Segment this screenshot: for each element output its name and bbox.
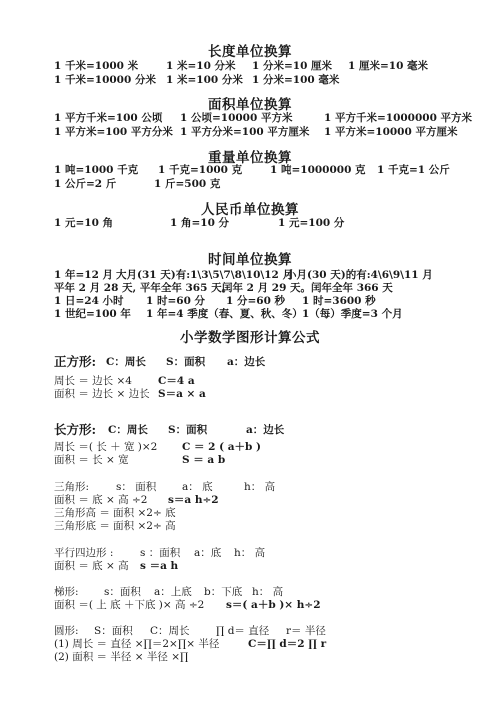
length-title: 长度单位换算	[0, 40, 500, 60]
conversion: 1 米=10 分米	[166, 59, 236, 73]
conversion: 1 时=3600 秒	[302, 294, 376, 308]
formula-text: 三角形高 ＝ 面积 ×2÷ 底	[54, 506, 176, 520]
conversion: 小月(30 天)的有:4\6\9\11 月	[286, 268, 433, 282]
legend-item: r＝ 半径	[286, 624, 326, 638]
conversion: 1 时=60 分	[146, 294, 205, 308]
legend-item: h： 高	[252, 585, 283, 599]
conversion: 1 吨=1000 千克	[54, 163, 138, 177]
legend-item: S：面积	[166, 354, 205, 369]
conversion: 1 千米=1000 米	[54, 59, 138, 73]
legend-item: s： 面积	[116, 480, 156, 494]
conversion: 1 分米=100 毫米	[252, 73, 339, 87]
formula-symbolic: s＝( a＋b )× h÷2	[226, 598, 321, 612]
legend-item: s：面积	[104, 585, 141, 599]
shape-name: 长方形:	[54, 420, 96, 438]
legend-item: C：周长	[150, 624, 190, 638]
formula-text: 面积 ＝( 上 底 ＋下底 )× 高 ÷2	[54, 598, 204, 612]
legend-item: a： 底	[182, 480, 213, 494]
time-title: 时间单位换算	[0, 248, 500, 268]
conversion: 1 年=12 月	[54, 268, 113, 282]
conversion: 1 千米=10000 分米	[54, 73, 156, 87]
conversion: 平年 2 月 28 天, 平年全年 365 天。	[54, 281, 232, 295]
formula-symbolic: C ＝ 2 ( a＋b )	[182, 440, 261, 454]
formula-symbolic: C＝4 a	[158, 374, 195, 388]
conversion: 1 元=10 角	[54, 216, 113, 230]
formula-symbolic: s ＝a h	[140, 559, 178, 573]
formula-text: 面积 ＝ 长 × 宽	[54, 453, 129, 467]
shape-name: 梯形:	[54, 585, 79, 599]
conversion: 1 吨=1000000 克	[270, 163, 366, 177]
conversion: 1 千克=1 公斤	[377, 163, 450, 177]
formula-text: 周长 ＝( 长 ＋ 宽 )×2	[54, 440, 157, 454]
shape-name: 平行四边形 :	[54, 546, 113, 560]
formula-text: (1) 周长 ＝ 直径 ×∏＝2×∏× 半径	[54, 637, 219, 651]
conversion: 1 角=10 分	[170, 216, 229, 230]
formula-text: (2) 面积 ＝ 半径 × 半径 ×∏	[54, 650, 188, 664]
formula-text: 面积 ＝ 底 × 高	[54, 559, 129, 573]
shape-name: 正方形:	[54, 352, 96, 370]
conversion: 1 分=60 秒	[226, 294, 285, 308]
formula-text: 周长 ＝ 边长 ×4	[54, 374, 132, 388]
conversion: 1 平方千米=100 公顷	[54, 111, 162, 125]
money-title: 人民币单位换算	[0, 198, 500, 218]
conversion: 1 平方米=100 平方分米	[54, 125, 173, 139]
conversion: 1 日=24 小时	[54, 294, 124, 308]
legend-item: s ：面积	[140, 546, 180, 560]
formulas-title: 小学数学图形计算公式	[0, 326, 500, 346]
legend-item: C：周长	[106, 354, 146, 369]
conversion: 1 千克=1000 克	[158, 163, 242, 177]
legend-item: h： 高	[244, 480, 275, 494]
legend-item: b：下底	[204, 585, 242, 599]
formula-symbolic: S＝a × a	[158, 387, 206, 401]
legend-item: S：面积	[94, 624, 133, 638]
conversion: 1 斤=500 克	[154, 177, 220, 191]
conversion: 1 分米=10 厘米	[252, 59, 332, 73]
legend-item: h： 高	[234, 546, 265, 560]
legend-item: a：边长	[246, 422, 284, 437]
legend-item: S：面积	[168, 422, 207, 437]
document-page: 长度单位换算 1 千米=1000 米 1 米=10 分米 1 分米=10 厘米 …	[0, 0, 500, 708]
conversion: 1 米=100 分米	[166, 73, 243, 87]
legend-item: a：上底	[154, 585, 192, 599]
shape-name: 三角形:	[54, 480, 89, 494]
conversion: 1 世纪=100 年	[54, 307, 131, 321]
conversion: 闰年 2 月 29 天。闰年全年 366 天	[222, 281, 393, 295]
conversion: 大月(31 天)有:1\3\5\7\8\10\12 月	[116, 268, 293, 282]
conversion: 1 平方分米=100 平方厘米	[180, 125, 309, 139]
formula-text: 面积 ＝ 底 × 高 ÷2	[54, 493, 147, 507]
conversion: 1 年=4 季度（春、夏、秋、冬）	[146, 307, 303, 321]
conversion: 1 公顷=10000 平方米	[180, 111, 292, 125]
formula-symbolic: S ＝ a b	[182, 453, 225, 467]
legend-item: ∏ d＝ 直径	[216, 624, 269, 638]
formula-text: 面积 ＝ 边长 × 边长	[54, 387, 150, 401]
conversion: 1 元=100 分	[278, 216, 344, 230]
shape-name: 圆形:	[54, 624, 79, 638]
conversion: 1 平方千米=1000000 平方米	[324, 111, 472, 125]
formula-text: 三角形底 ＝ 面积 ×2÷ 高	[54, 519, 176, 533]
conversion: 1 公斤=2 斤	[54, 177, 116, 191]
conversion: 1 平方米=10000 平方厘米	[324, 125, 457, 139]
conversion: 1（每）季度=3 个月	[302, 307, 403, 321]
formula-symbolic: s＝a h÷2	[168, 493, 219, 507]
area-title: 面积单位换算	[0, 93, 500, 113]
conversion: 1 厘米=10 毫米	[348, 59, 428, 73]
legend-item: a：底	[194, 546, 221, 560]
formula-symbolic: C＝∏ d＝2 ∏ r	[248, 637, 326, 651]
legend-item: a：边长	[227, 354, 265, 369]
legend-item: C：周长	[108, 422, 148, 437]
